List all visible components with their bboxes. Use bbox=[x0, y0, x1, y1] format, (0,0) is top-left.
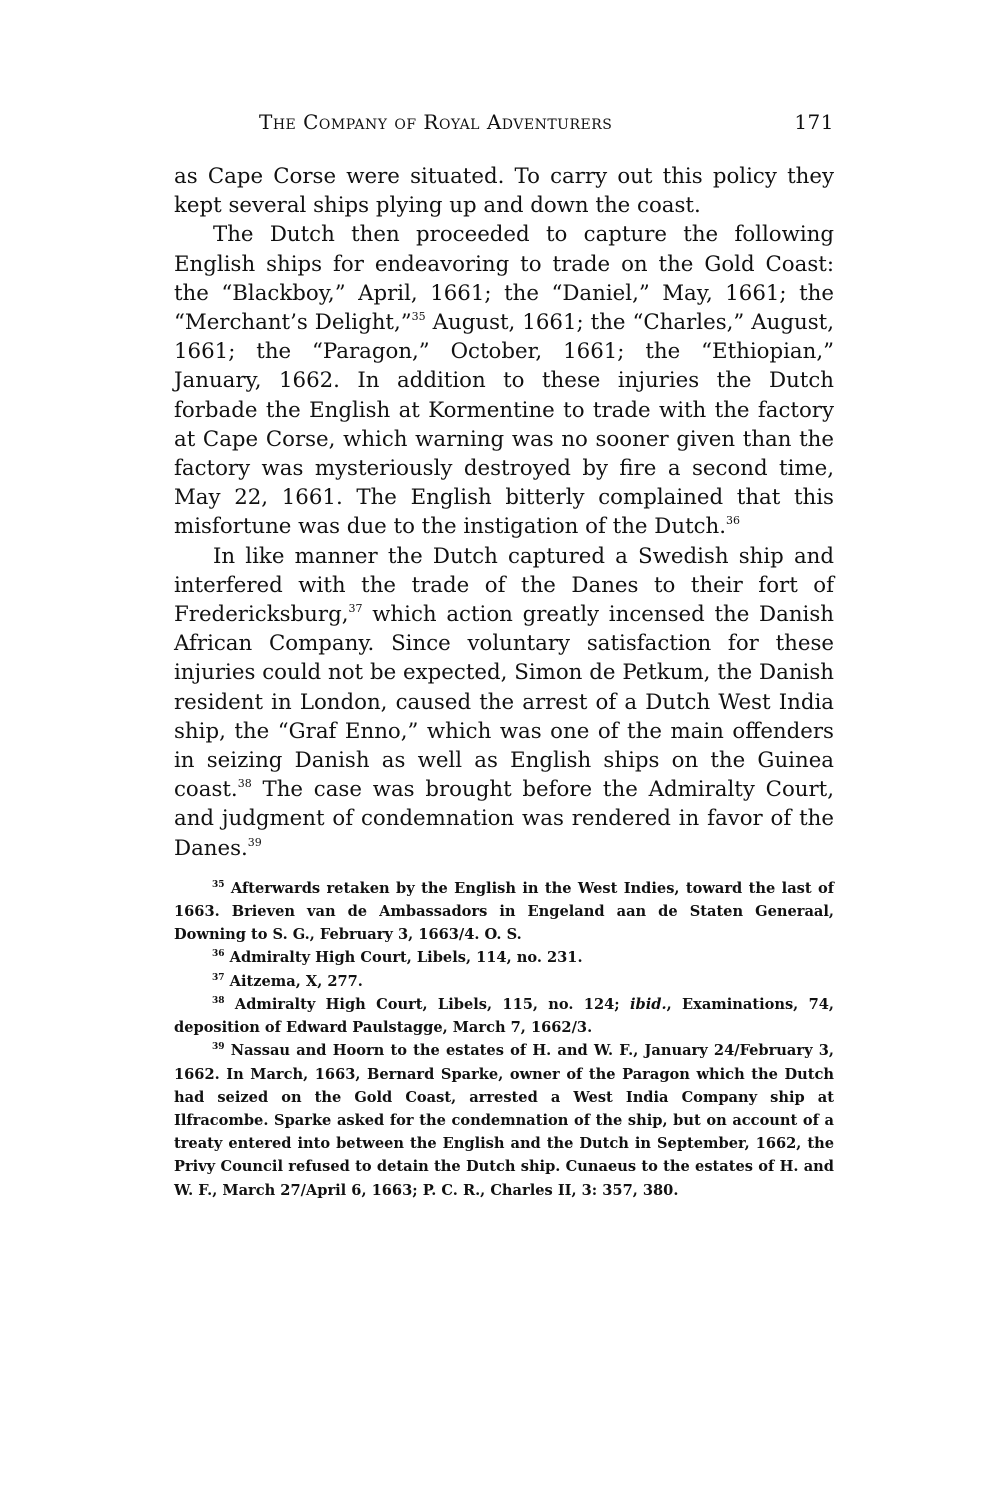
footnote-ref-39[interactable]: 39 bbox=[248, 836, 262, 849]
paragraph-2: The Dutch then proceeded to capture the … bbox=[174, 220, 834, 541]
footnote-mark: 36 bbox=[212, 949, 225, 959]
footnote-39: 39 Nassau and Hoorn to the estates of H.… bbox=[174, 1039, 834, 1201]
page-number: 171 bbox=[794, 110, 834, 134]
paragraph-2-text-b: August, 1661; the “Charles,” August, 166… bbox=[174, 310, 834, 539]
book-page: The Company of Royal Adventurers 171 as … bbox=[174, 110, 834, 1202]
footnote-text: Admiralty High Court, Libels, 115, no. 1… bbox=[235, 996, 630, 1013]
footnote-text: Aitzema, X, 277. bbox=[230, 973, 363, 990]
running-head: The Company of Royal Adventurers 171 bbox=[174, 110, 834, 144]
footnote-mark: 35 bbox=[212, 880, 225, 890]
paragraph-3: In like manner the Dutch captured a Swed… bbox=[174, 542, 834, 863]
paragraph-3-text-b: which action greatly incensed the Danish… bbox=[174, 602, 834, 802]
paragraph-3-text-c: The case was brought before the Admiralt… bbox=[174, 777, 834, 860]
footnote-text: Nassau and Hoorn to the estates of H. an… bbox=[174, 1042, 834, 1198]
footnote-35: 35 Afterwards retaken by the English in … bbox=[174, 877, 834, 947]
footnote-italic-ibid: ibid. bbox=[630, 996, 667, 1013]
running-head-title: The Company of Royal Adventurers bbox=[259, 110, 612, 134]
footnote-text: Admiralty High Court, Libels, 114, no. 2… bbox=[230, 949, 583, 966]
paragraph-1: as Cape Corse were situated. To carry ou… bbox=[174, 162, 834, 220]
footnote-38: 38 Admiralty High Court, Libels, 115, no… bbox=[174, 993, 834, 1039]
footnotes: 35 Afterwards retaken by the English in … bbox=[174, 877, 834, 1202]
body-text: as Cape Corse were situated. To carry ou… bbox=[174, 162, 834, 863]
footnote-text: Afterwards retaken by the English in the… bbox=[174, 880, 834, 943]
footnote-mark: 37 bbox=[212, 973, 225, 983]
footnote-ref-36[interactable]: 36 bbox=[726, 514, 740, 527]
footnote-ref-35[interactable]: 35 bbox=[412, 310, 426, 323]
footnote-36: 36 Admiralty High Court, Libels, 114, no… bbox=[174, 946, 834, 969]
footnote-mark: 39 bbox=[212, 1042, 225, 1052]
footnote-mark: 38 bbox=[212, 996, 225, 1006]
footnote-ref-38[interactable]: 38 bbox=[238, 777, 252, 790]
footnote-37: 37 Aitzema, X, 277. bbox=[174, 970, 834, 993]
footnote-ref-37[interactable]: 37 bbox=[348, 602, 362, 615]
